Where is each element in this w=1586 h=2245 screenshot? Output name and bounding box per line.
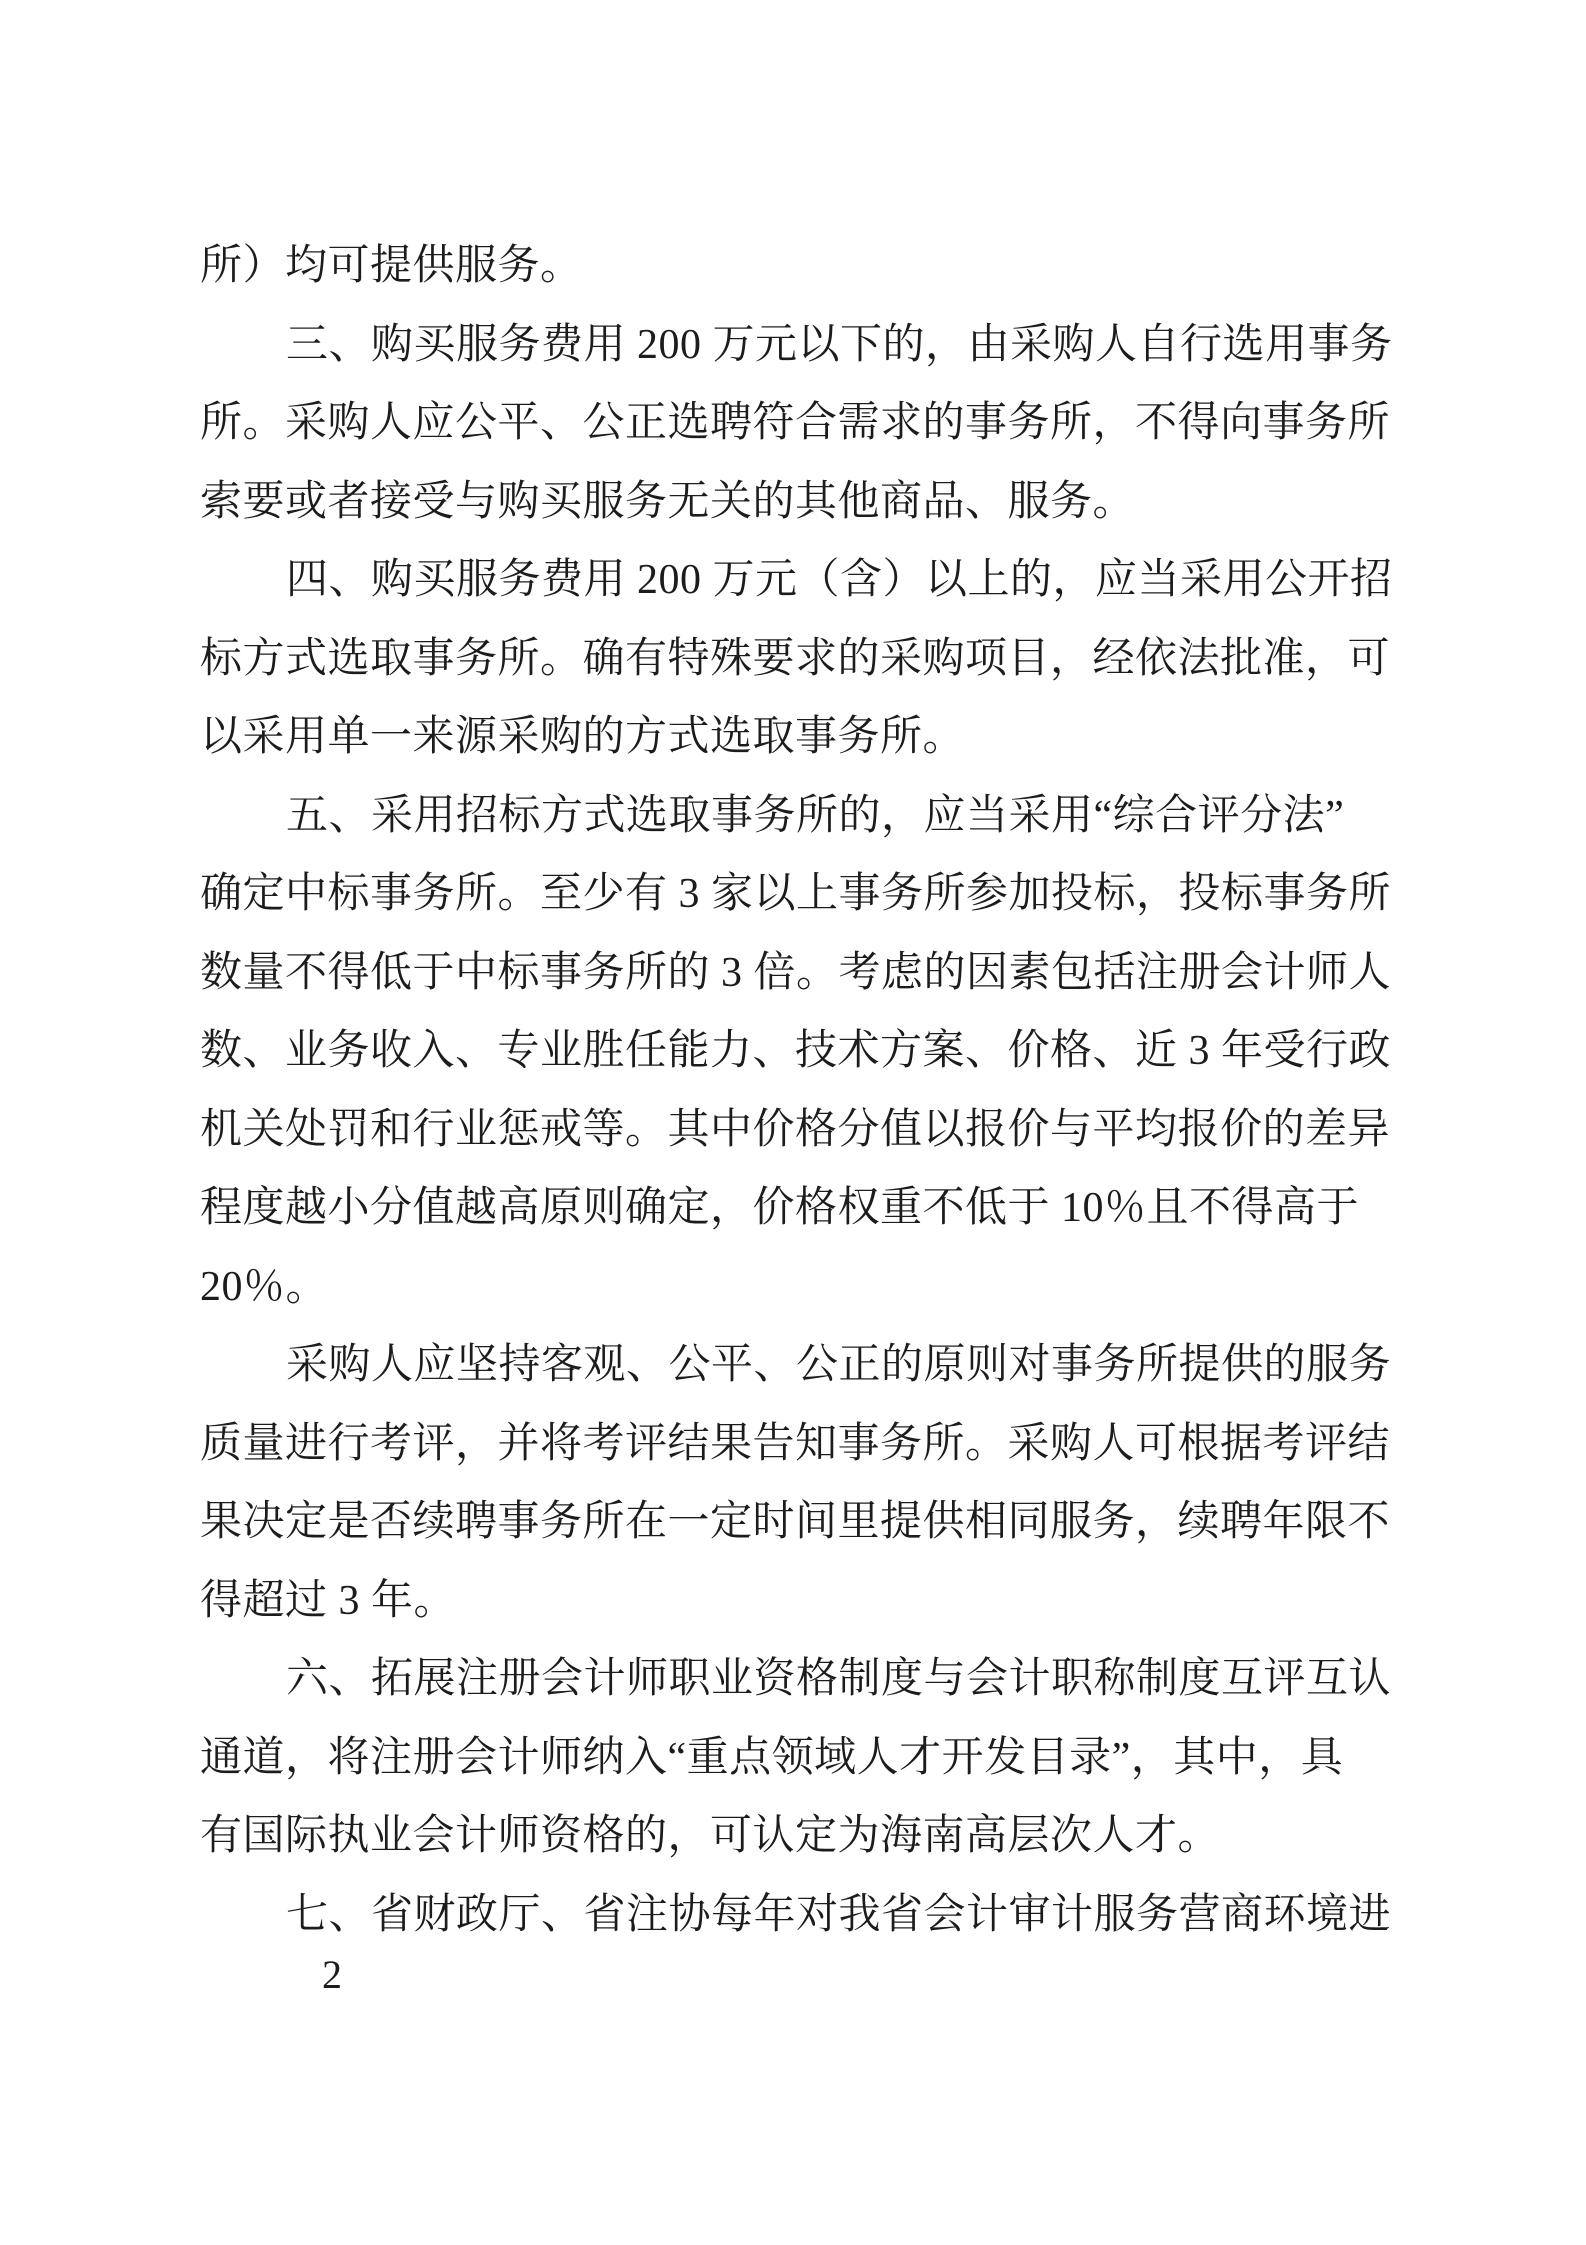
text-line: 果决定是否续聘事务所在一定时间里提供相同服务，续聘年限不: [200, 1483, 1410, 1562]
text-line: 20％。: [200, 1248, 1410, 1327]
text-line: 标方式选取事务所。确有特殊要求的采购项目，经依法批准，可: [200, 620, 1410, 699]
text-line: 程度越小分值越高原则确定，价格权重不低于 10％且不得高于: [200, 1169, 1410, 1248]
text-line: 七、省财政厅、省注协每年对我省会计审计服务营商环境进: [200, 1876, 1410, 1955]
text-line: 机关处罚和行业惩戒等。其中价格分值以报价与平均报价的差异: [200, 1091, 1410, 1170]
text-line: 数量不得低于中标事务所的 3 倍。考虑的因素包括注册会计师人: [200, 934, 1410, 1013]
document-page: 所）均可提供服务。 三、购买服务费用 200 万元以下的，由采购人自行选用事务 …: [0, 0, 1586, 2245]
text-line: 六、拓展注册会计师职业资格制度与会计职称制度互评互认: [200, 1640, 1410, 1719]
text-line: 以采用单一来源采购的方式选取事务所。: [200, 698, 1410, 777]
text-line: 确定中标事务所。至少有 3 家以上事务所参加投标，投标事务所: [200, 855, 1410, 934]
document-body: 所）均可提供服务。 三、购买服务费用 200 万元以下的，由采购人自行选用事务 …: [200, 227, 1410, 1954]
text-line: 通道，将注册会计师纳入“重点领域人才开发目录”，其中，具: [200, 1719, 1410, 1798]
text-line: 数、业务收入、专业胜任能力、技术方案、价格、近 3 年受行政: [200, 1012, 1410, 1091]
text-line: 得超过 3 年。: [200, 1562, 1410, 1641]
text-line: 所）均可提供服务。: [200, 227, 1410, 306]
page-number: 2: [312, 1951, 352, 1999]
text-line: 三、购买服务费用 200 万元以下的，由采购人自行选用事务: [200, 306, 1410, 385]
text-line: 质量进行考评，并将考评结果告知事务所。采购人可根据考评结: [200, 1405, 1410, 1484]
text-line: 所。采购人应公平、公正选聘符合需求的事务所，不得向事务所: [200, 384, 1410, 463]
text-line: 采购人应坚持客观、公平、公正的原则对事务所提供的服务: [200, 1326, 1410, 1405]
text-line: 有国际执业会计师资格的，可认定为海南高层次人才。: [200, 1797, 1410, 1876]
text-line: 四、购买服务费用 200 万元（含）以上的，应当采用公开招: [200, 541, 1410, 620]
text-line: 索要或者接受与购买服务无关的其他商品、服务。: [200, 463, 1410, 542]
text-line: 五、采用招标方式选取事务所的，应当采用“综合评分法”: [200, 777, 1410, 856]
